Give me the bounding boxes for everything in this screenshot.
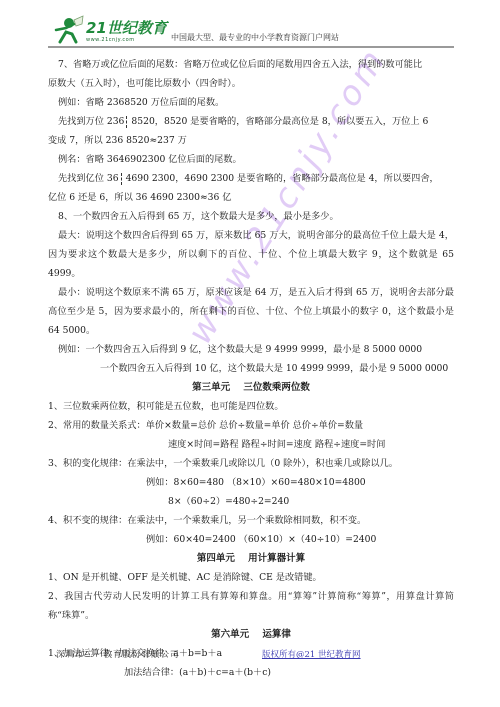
- runner-logo-icon: [52, 14, 86, 44]
- page-footer: 深圳市二一教育股份有限公司 版权所有@21 世纪教育网: [56, 648, 456, 664]
- dashed-separator: [126, 116, 129, 128]
- example-2-line1-a: 先找到亿位 36: [58, 173, 119, 184]
- unit-3-item-4-example: 例如：60×40=2400 （60×10）×（40÷10）=2400: [48, 530, 454, 549]
- example-1-line1-a: 先找到万位 236: [58, 116, 124, 127]
- dashed-separator: [121, 173, 124, 185]
- example-1-line2: 变成 7，所以 236 8520≈237 万: [48, 131, 454, 150]
- example-1-title: 例如：省略 2368520 万位后面的尾数。: [48, 93, 454, 112]
- unit-6-heading: 第六单元 运算律: [48, 625, 454, 644]
- section-8-max: 最大：说明这个数四舍后得到 65 万，原来数比 65 万大，说明舍部分的最高位千…: [48, 226, 454, 283]
- section-8-example-1: 例如：一个数四舍五入后得到 9 亿，这个数最大是 9 4999 9999，最小是…: [48, 340, 454, 359]
- example-2-line2: 亿位 6 还是 6，所以 36 4690 2300≈36 亿: [48, 188, 454, 207]
- unit-3-item-3-example-2: 8×（60÷2）=480÷2=240: [48, 492, 454, 511]
- footer-copyright-link[interactable]: 版权所有@21 世纪教育网: [262, 648, 361, 660]
- section-8-title: 8、一个数四舍五入后得到 65 万，这个数最大是多少，最小是多少。: [48, 207, 454, 226]
- unit-4-item-2: 2、我国古代劳动人民发明的计算工具有算筹和算盘。用“算筹”计算简称“筹算”，用算…: [48, 587, 454, 625]
- unit-3-item-1: 1、三位数乘两位数，积可能是五位数，也可能是四位数。: [48, 397, 454, 416]
- unit-3-item-3-example-1: 例如：8×60=480 （8×10）×60=480×10=4800: [48, 473, 454, 492]
- section-7-line2: 原数大（五入时），也可能比原数小（四舍时）。: [48, 74, 454, 93]
- section-8-min: 最小：说明这个数原来不满 65 万，原来应该是 64 万，是五入后才得到 65 …: [48, 283, 454, 340]
- unit-3-item-2a: 2、常用的数量关系式：单价×数量=总价 总价÷数量=单价 总价÷单价=数量: [48, 416, 454, 435]
- example-2-title: 例名：省略 3646902300 亿位后面的尾数。: [48, 150, 454, 169]
- unit-3-item-2b: 速度×时间=路程 路程÷时间=速度 路程÷速度=时间: [48, 435, 454, 454]
- document-body: 7、省略万或亿位后面的尾数：省略万位或亿位后面的尾数用四舍五入法，得到的数可能比…: [48, 55, 454, 682]
- unit-3-heading: 第三单元 三位数乘两位数: [48, 378, 454, 397]
- section-8-max-text: 最大：说明这个数四舍后得到 65 万，原来数比 65 万大，说明舍部分的最高位千…: [48, 230, 454, 279]
- unit-4-item-1: 1、ON 是开机键、OFF 是关机键、AC 是消除键、CE 是改错键。: [48, 568, 454, 587]
- unit-3-item-3: 3、积的变化规律：在乘法中，一个乘数乘几或除以几（0 除外），积也乘几或除以几。: [48, 454, 454, 473]
- section-8-example-2: 一个数四舍五入后得到 10 亿，这个数最大是 10 4999 9999，最小是 …: [48, 359, 454, 378]
- logo-url: www.21cnjy.com: [86, 37, 135, 43]
- unit-4-heading: 第四单元 用计算器计算: [48, 549, 454, 568]
- section-7-line1: 7、省略万或亿位后面的尾数：省略万位或亿位后面的尾数用四舍五入法，得到的数可能比: [48, 55, 454, 74]
- unit-3-item-4: 4、积不变的规律：在乘法中，一个乘数乘几，另一个乘数除相同数，积不变。: [48, 511, 454, 530]
- example-2-line1-b: 4690 2300，4690 2300 是要省略的，省略部分最高位是 4，所以要…: [126, 173, 439, 184]
- section-8-min-text: 最小：说明这个数原来不满 65 万，原来应该是 64 万，是五入后才得到 65 …: [48, 287, 454, 336]
- footer-company: 深圳市二一教育股份有限公司: [56, 648, 180, 660]
- page-header: 21世纪教育 www.21cnjy.com 中国最大型、最专业的中小学教育资源门…: [48, 12, 454, 48]
- header-slogan: 中国最大型、最专业的中小学教育资源门户网站: [171, 33, 339, 43]
- example-1-line1-b: 8520，8520 是要省略的，省略部分最高位是 8，所以要五入，万位上 6: [131, 116, 428, 127]
- unit-6-item-1b: 加法结合律：(a＋b)＋c=a＋(b＋c): [48, 663, 454, 682]
- example-1-line1: 先找到万位 2368520，8520 是要省略的，省略部分最高位是 8，所以要五…: [48, 112, 454, 131]
- example-2-line1: 先找到亿位 364690 2300，4690 2300 是要省略的，省略部分最高…: [48, 169, 454, 188]
- logo-text: 21世纪教育: [86, 20, 167, 36]
